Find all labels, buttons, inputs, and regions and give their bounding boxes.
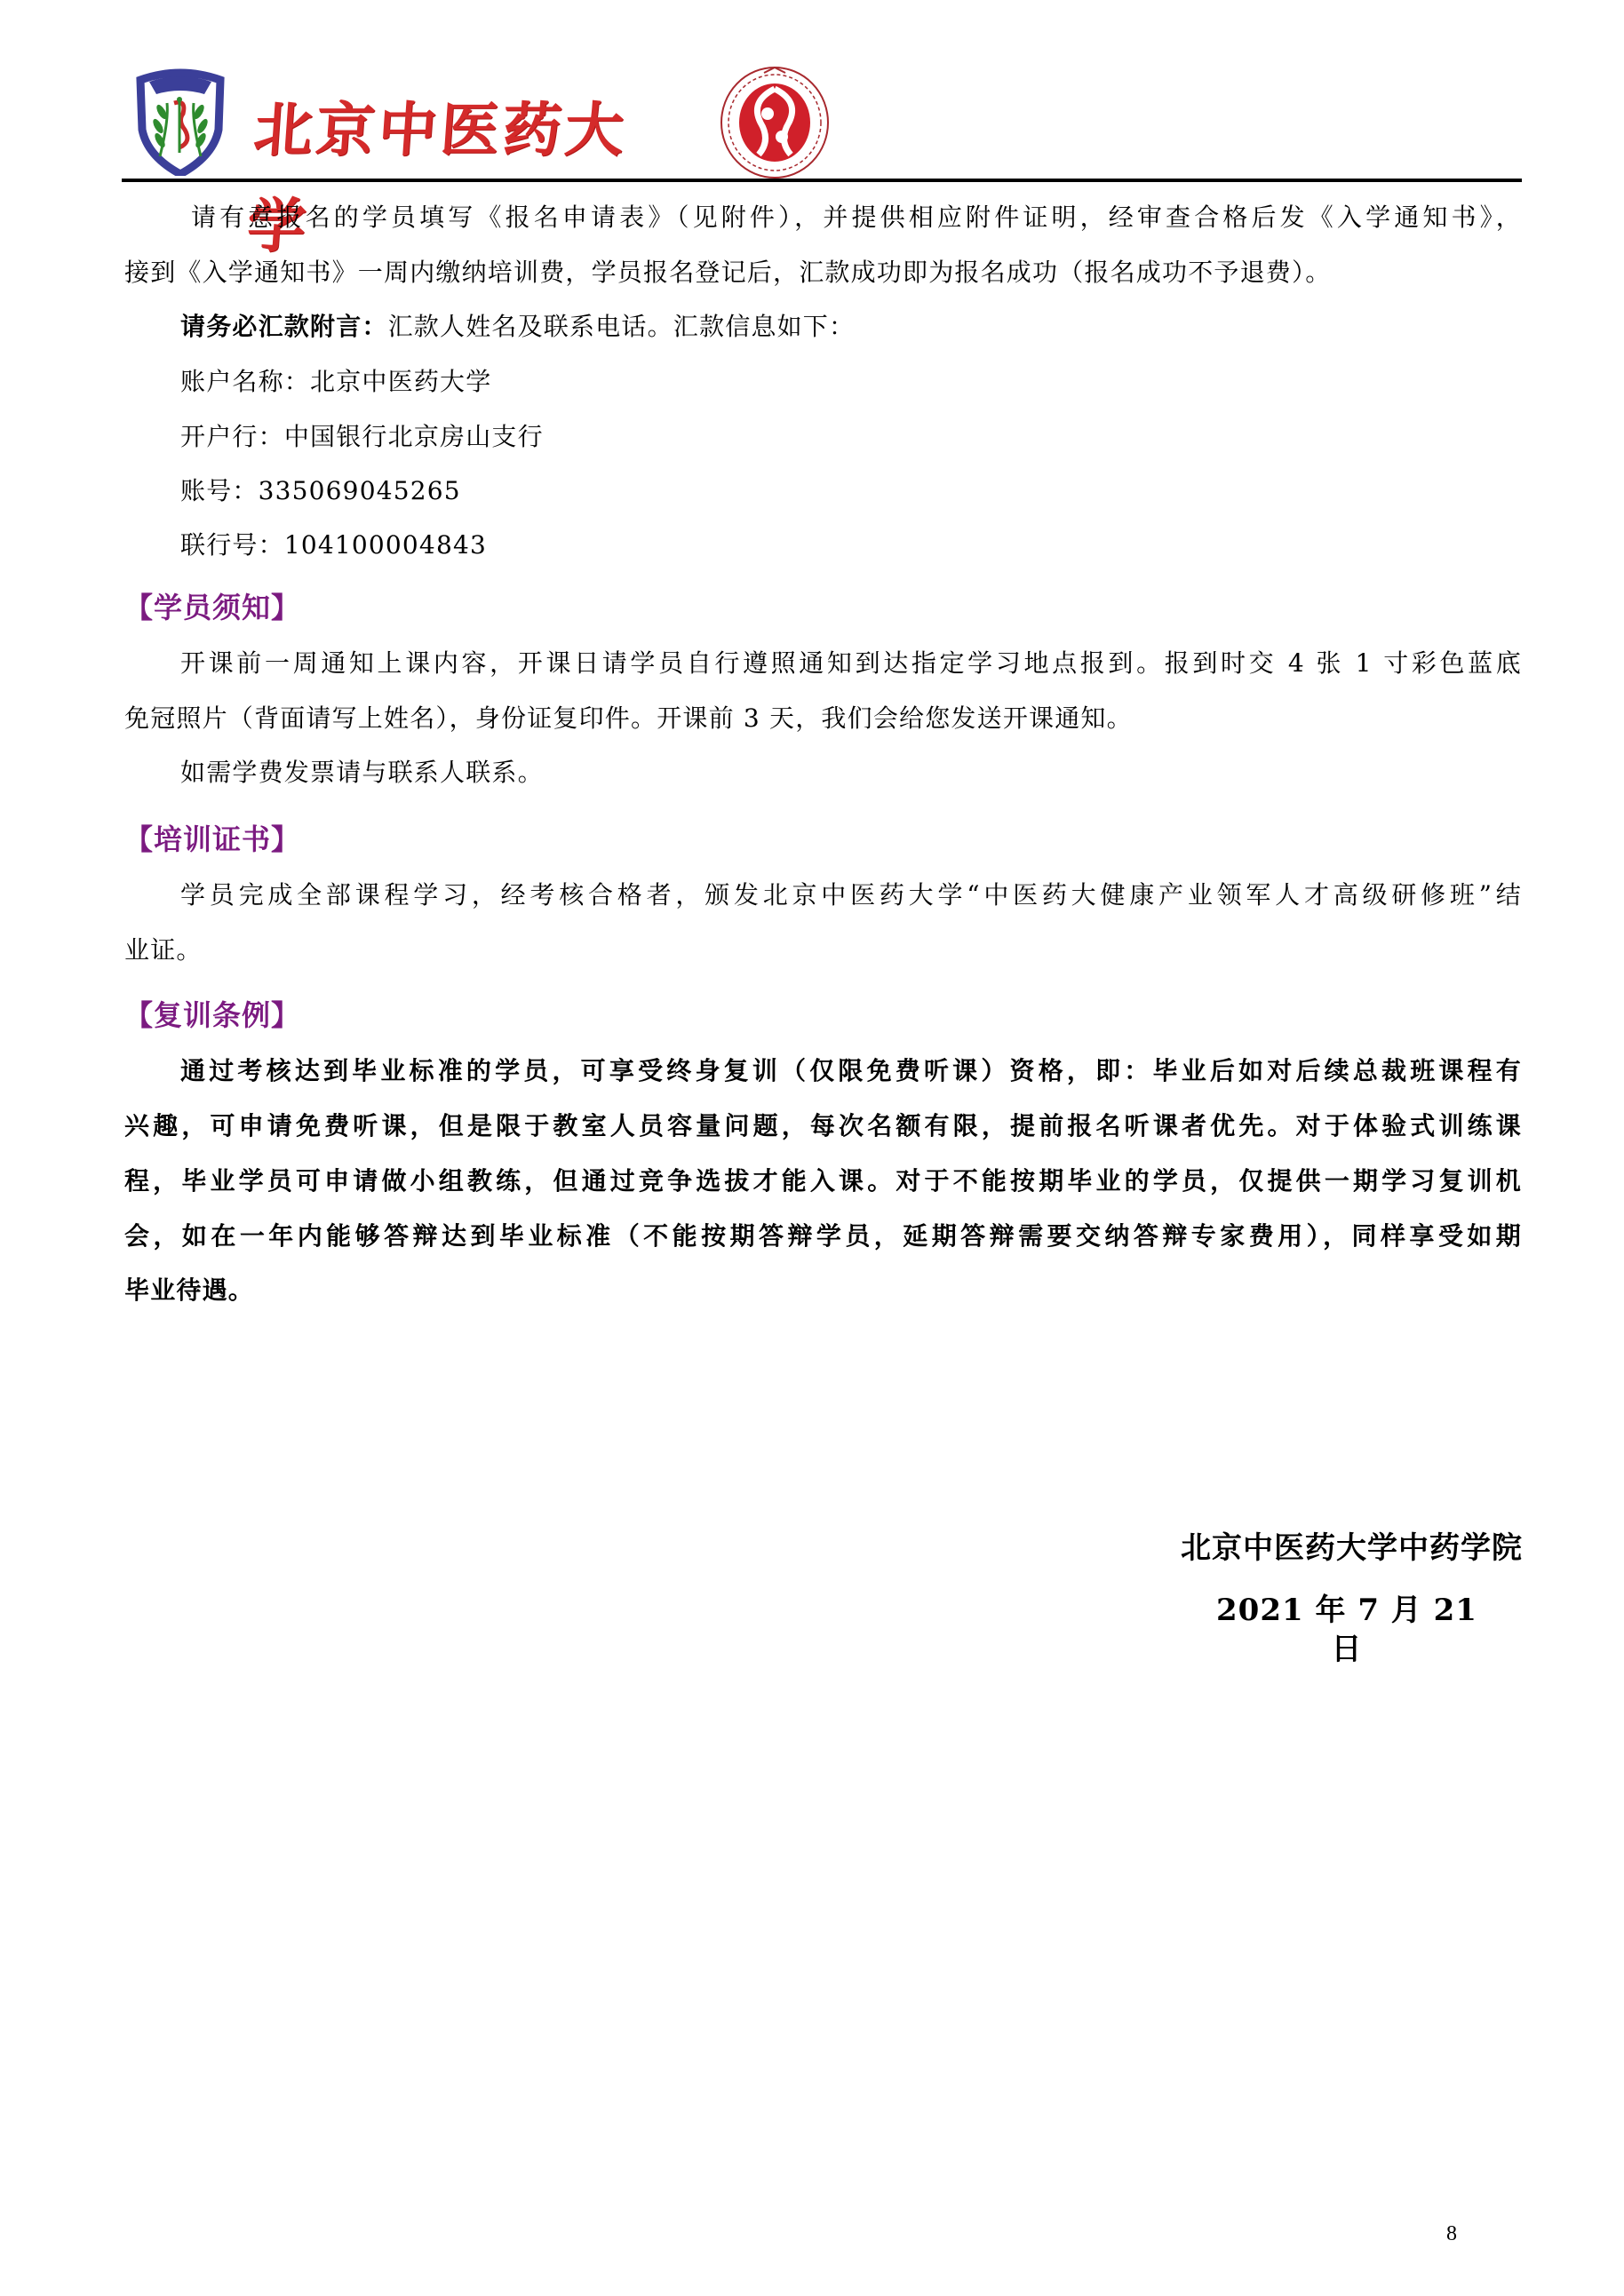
retraining-paragraph-line: 毕业待遇。: [124, 1273, 1522, 1308]
intro-paragraph-line: 接到《入学通知书》一周内缴纳培训费，学员报名登记后，汇款成功即为报名成功（报名成…: [124, 255, 1418, 290]
account-number-label: 账号：: [180, 476, 259, 505]
university-name-text: 北京中医药大学: [243, 82, 683, 274]
section-heading-certificate: 【培训证书】: [124, 820, 300, 859]
certificate-paragraph-line: 业证。: [124, 933, 1522, 968]
bank-row: 开户行：中国银行北京房山支行: [180, 419, 1578, 455]
signature-date: 2021 年 7 月 21 日: [1205, 1591, 1489, 1669]
clearing-number-value: 104100004843: [284, 530, 487, 560]
account-name-value: 北京中医药大学: [310, 367, 491, 396]
university-seal-logo: [718, 66, 832, 179]
remittance-note-text: 汇款人姓名及联系电话。汇款信息如下：: [388, 312, 856, 341]
page-number: 8: [1446, 2222, 1457, 2246]
remittance-note: 请务必汇款附言：汇款人姓名及联系电话。汇款信息如下：: [180, 309, 1578, 345]
retraining-paragraph-line: 会，如在一年内能够答辩达到毕业标准（不能按期答辩学员，延期答辩需要交纳答辩专家费…: [124, 1219, 1522, 1254]
account-name-label: 账户名称：: [180, 367, 310, 396]
account-number-value: 335069045265: [259, 476, 461, 505]
section-heading-retraining: 【复训条例】: [124, 996, 300, 1035]
bank-label: 开户行：: [180, 422, 284, 451]
account-number-row: 账号：335069045265: [180, 473, 1578, 509]
section-heading-notice: 【学员须知】: [124, 588, 300, 627]
retraining-paragraph-line: 程，毕业学员可申请做小组教练，但通过竞争选拔才能入课。对于不能按期毕业的学员，仅…: [124, 1164, 1522, 1199]
retraining-paragraph-line: 通过考核达到毕业标准的学员，可享受终身复训（仅限免费听课）资格，即：毕业后如对后…: [180, 1053, 1522, 1089]
notice-paragraph-line: 开课前一周通知上课内容，开课日请学员自行遵照通知到达指定学习地点报到。报到时交 …: [180, 646, 1522, 681]
header-divider-rule: [122, 179, 1522, 182]
signature-organization: 北京中医药大学中药学院: [1155, 1529, 1523, 1568]
university-shield-logo: [133, 68, 227, 176]
account-name-row: 账户名称：北京中医药大学: [180, 364, 1578, 400]
remittance-note-label: 请务必汇款附言：: [180, 312, 388, 341]
bank-value: 中国银行北京房山支行: [284, 422, 544, 451]
university-name-logo: 北京中医药大学: [251, 82, 677, 178]
clearing-number-label: 联行号：: [180, 530, 284, 560]
clearing-number-row: 联行号：104100004843: [180, 528, 1578, 563]
retraining-paragraph-line: 兴趣，可申请免费听课，但是限于教室人员容量问题，每次名额有限，提前报名听课者优先…: [124, 1108, 1522, 1144]
certificate-paragraph-line: 学员完成全部课程学习，经考核合格者，颁发北京中医药大学“中医药大健康产业领军人才…: [180, 878, 1522, 913]
notice-paragraph-line: 如需学费发票请与联系人联系。: [180, 755, 1578, 790]
notice-paragraph-line: 免冠照片（背面请写上姓名），身份证复印件。开课前 3 天，我们会给您发送开课通知…: [124, 701, 1522, 736]
intro-paragraph-line: 请有意报名的学员填写《报名申请表》（见附件），并提供相应附件证明，经审查合格后发…: [191, 200, 1522, 235]
